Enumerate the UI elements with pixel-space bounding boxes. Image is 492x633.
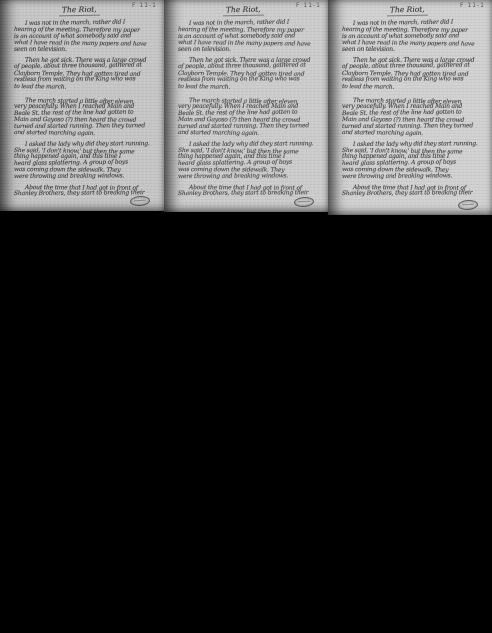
manuscript-page-scan-copy-2: F 11-1The Riot,I was not in the march, r…	[164, 0, 328, 212]
page-title-text: The Riot,	[59, 5, 100, 17]
handwriting-line: Shanley Brothers, they start to breaking…	[342, 190, 486, 197]
archive-stamp-icon	[458, 199, 479, 210]
paragraph-5: About the time that I had got in front o…	[178, 185, 322, 198]
page-title: The Riot,	[188, 5, 298, 16]
handwriting-line: to lead the march.	[14, 84, 158, 92]
scan-sheet: F 11-1The Riot,I was not in the march, r…	[0, 0, 492, 633]
paragraph-2: Then he got sick. There was a large crow…	[178, 58, 322, 90]
handwriting-line: and started marching again.	[178, 130, 322, 138]
page-title-text: The Riot,	[223, 5, 264, 17]
handwriting-line: were throwing and breaking windows.	[342, 173, 486, 180]
corner-label: F 11-1	[132, 2, 157, 9]
handwriting-line: seen on television.	[342, 47, 486, 53]
paragraph-3: The march started a little after elevenv…	[342, 98, 486, 136]
paragraph-3: The march started a little after elevenv…	[178, 98, 322, 136]
paragraph-4: I asked the lady why did they start runn…	[342, 142, 486, 180]
handwriting-line: were throwing and breaking windows.	[14, 173, 158, 180]
handwriting-line: seen on television.	[14, 47, 158, 53]
manuscript-page-scan-copy-1: F 11-1The Riot,I was not in the march, r…	[0, 0, 164, 211]
handwriting-line: seen on television.	[178, 47, 322, 53]
handwriting-line: were throwing and breaking windows.	[178, 173, 322, 180]
paragraph-3: The march started a little after elevenv…	[14, 98, 158, 136]
archive-stamp-icon	[294, 196, 315, 207]
corner-label: F 11-1	[460, 2, 485, 9]
pages-row: F 11-1The Riot,I was not in the march, r…	[0, 0, 492, 215]
page-title: The Riot,	[24, 5, 134, 16]
paragraph-2: Then he got sick. There was a large crow…	[342, 58, 486, 90]
black-backdrop	[0, 215, 492, 633]
paragraph-1: I was not in the march, rather did Ihear…	[342, 21, 486, 53]
paragraph-1: I was not in the march, rather did Ihear…	[178, 21, 322, 53]
page-title: The Riot,	[352, 5, 462, 16]
handwriting-line: and started marching again.	[14, 130, 158, 138]
handwriting-line: to lead the march.	[178, 84, 322, 92]
handwriting-line: to lead the march.	[342, 84, 486, 92]
manuscript-page-scan-copy-3: F 11-1The Riot,I was not in the march, r…	[328, 0, 492, 215]
corner-label: F 11-1	[296, 2, 321, 9]
paragraph-4: I asked the lady why did they start runn…	[178, 142, 322, 180]
paragraph-5: About the time that I had got in front o…	[342, 185, 486, 198]
paragraph-4: I asked the lady why did they start runn…	[14, 142, 158, 180]
paragraph-2: Then he got sick. There was a large crow…	[14, 58, 158, 90]
handwriting-line: and started marching again.	[342, 130, 486, 138]
archive-stamp-icon	[130, 195, 151, 206]
page-title-text: The Riot,	[387, 5, 428, 17]
paragraph-1: I was not in the march, rather did Ihear…	[14, 21, 158, 53]
